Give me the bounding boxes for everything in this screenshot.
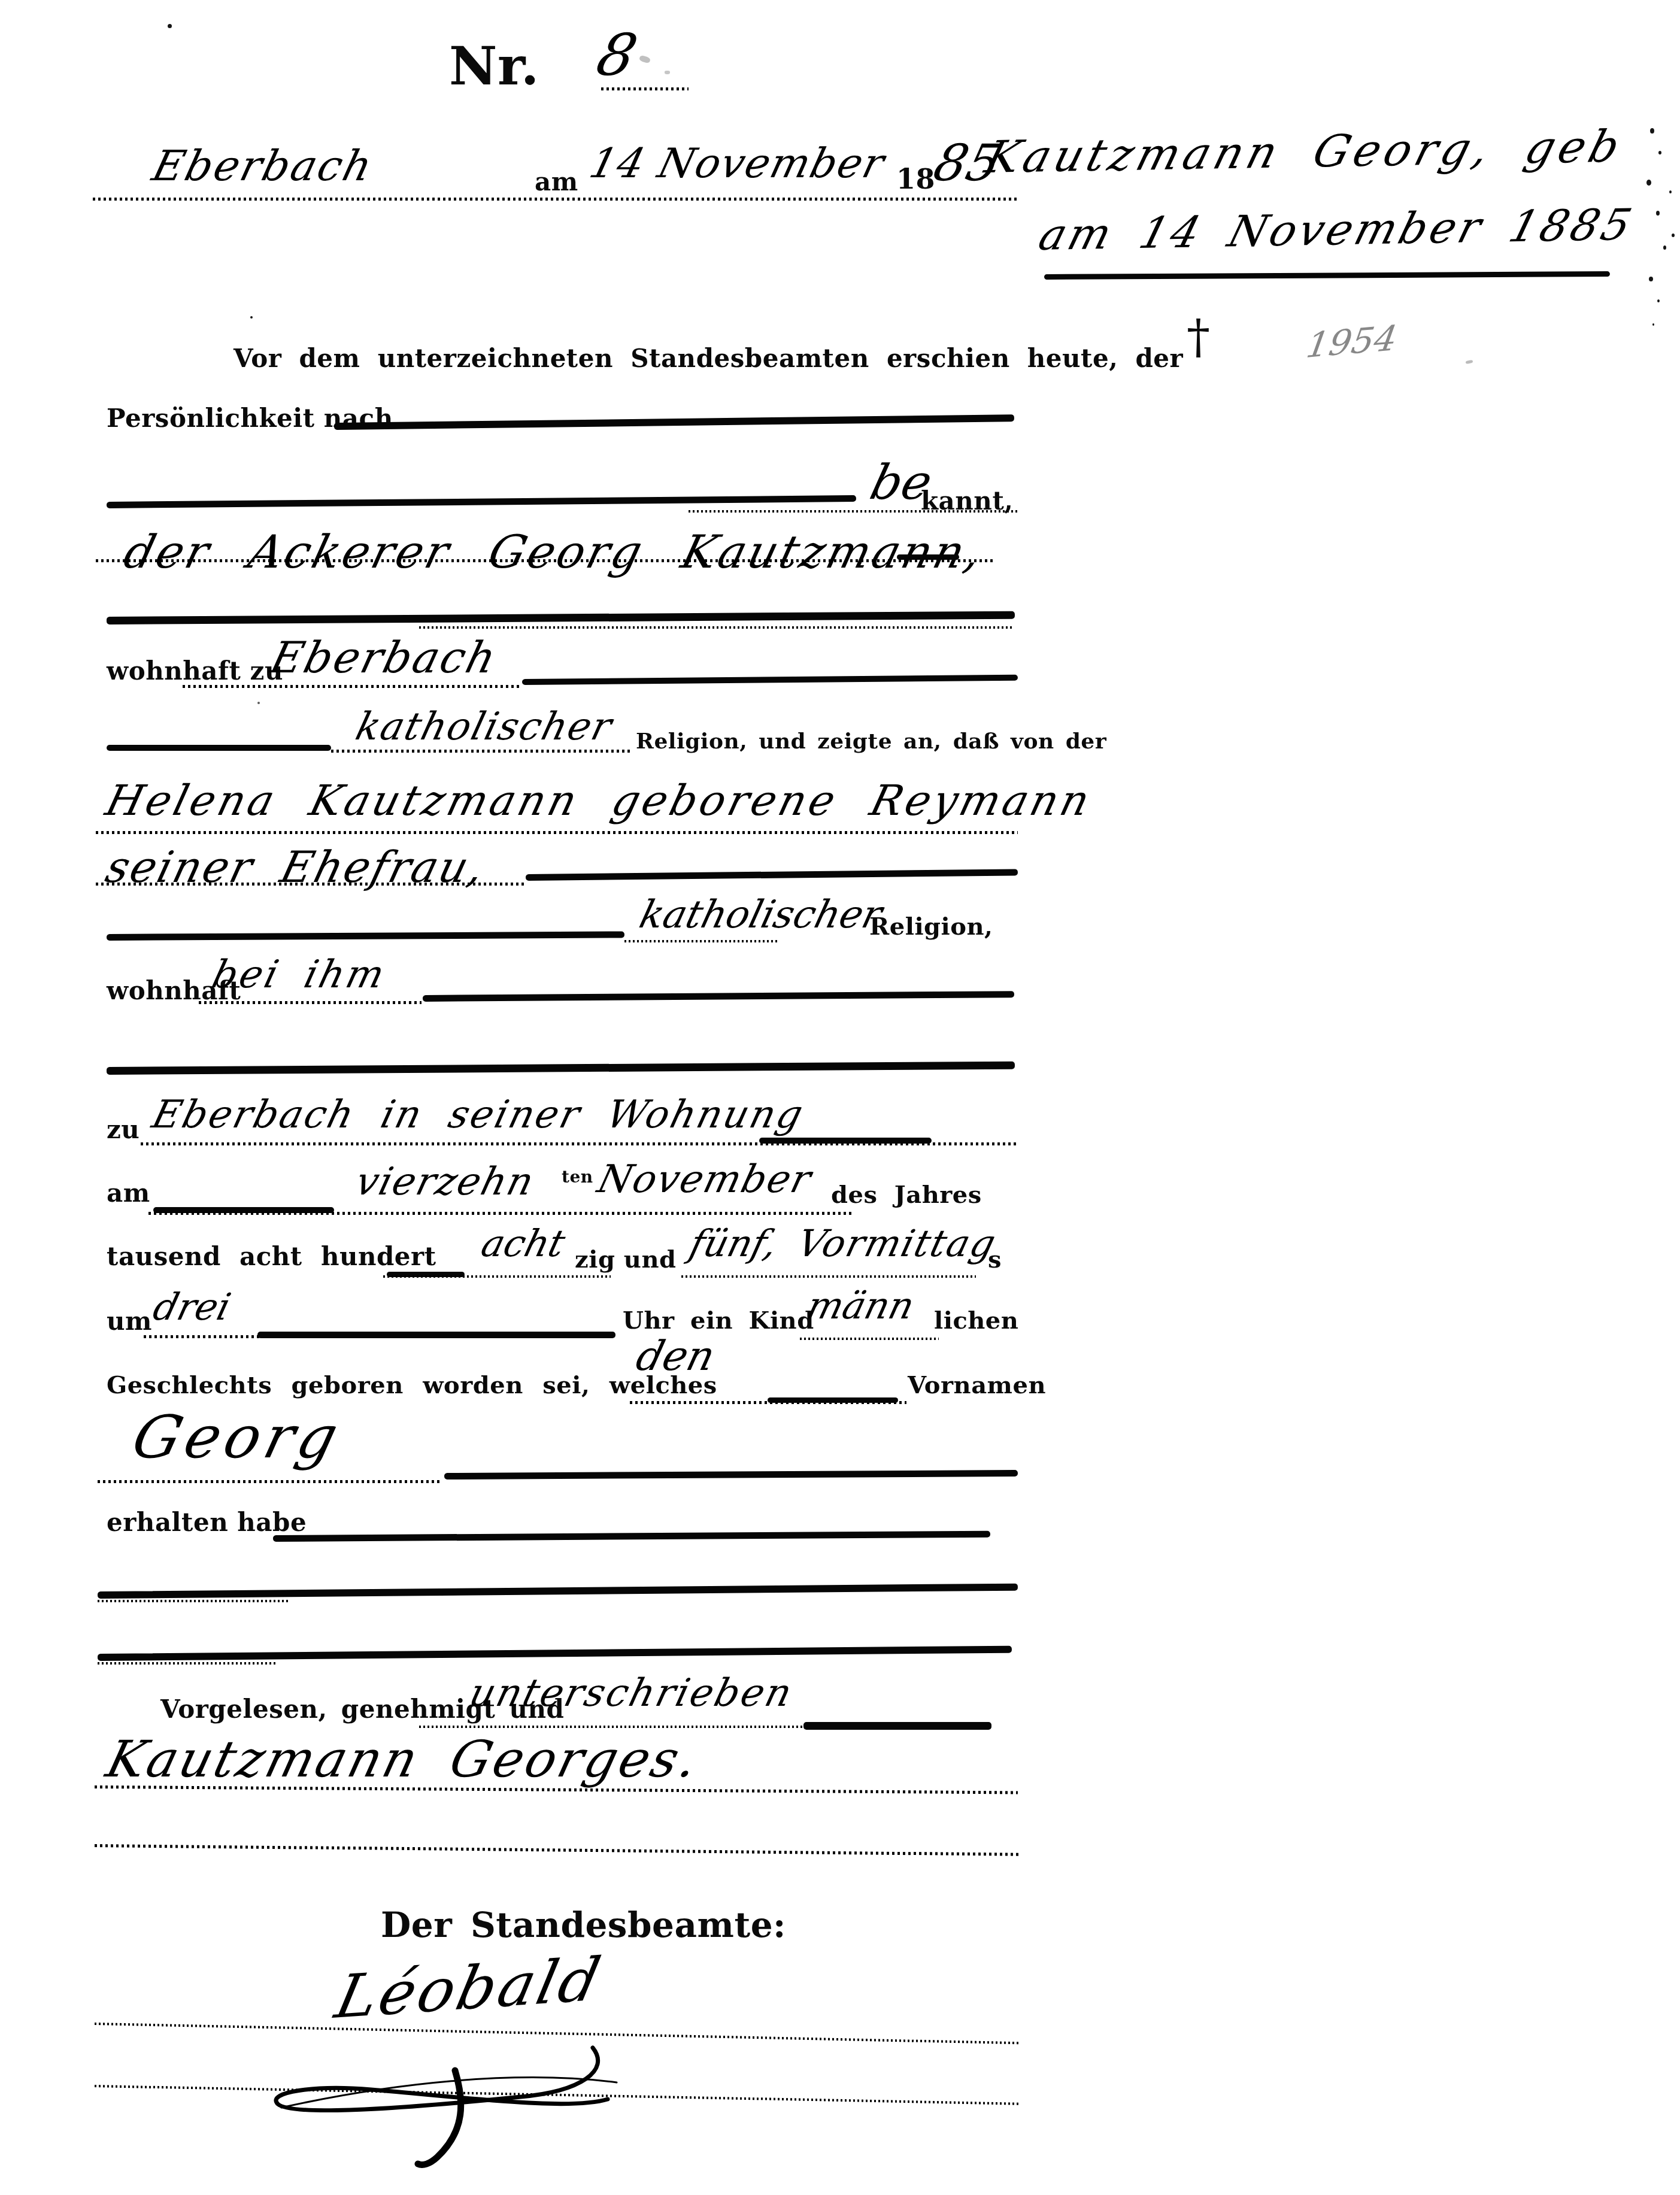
entry-rule: [334, 414, 1014, 430]
margin-note-line2: am 14 November 1885: [1035, 203, 1639, 256]
intro-line: Vor dem unterzeichneten Standesbeamten e…: [233, 346, 1183, 371]
entry-rule-dotted: [98, 1480, 440, 1483]
entry-rule-dotted: [331, 750, 630, 753]
wohnhaft-zu-label: wohnhaft zu: [107, 659, 283, 684]
entry-dash: [759, 1138, 932, 1144]
religion1-hand-entry: katholischer: [352, 708, 617, 746]
year-line-unit-entry: fünf,: [686, 1225, 781, 1262]
entry-rule-dotted: [199, 1001, 421, 1004]
entry-rule: [107, 931, 624, 941]
death-cross-mark: †: [1187, 314, 1211, 360]
entry-rule: [107, 495, 856, 508]
margin-note-rule: [1044, 271, 1610, 280]
entry-dash: [107, 745, 331, 751]
gender-lichen-printed: lichen: [934, 1309, 1018, 1333]
child-name-entry: Georg: [127, 1408, 348, 1467]
entry-rule: [423, 991, 1014, 1002]
signature-flourish: [257, 2035, 641, 2172]
blank-line-dotted: [419, 626, 1012, 629]
blank-line: [98, 1646, 1012, 1661]
speckle-dot: [1650, 128, 1654, 134]
official-signature: Léobald: [330, 1950, 608, 2027]
speckle-dot: [1657, 299, 1660, 302]
blank-line-dotted: [98, 1662, 277, 1665]
entry-rule-dotted: [96, 559, 994, 562]
dateline-day-month-entry: 14 November: [586, 144, 889, 184]
entry-dash: [768, 1397, 898, 1403]
blank-line-dotted: [98, 1600, 289, 1602]
blank-line: [98, 1584, 1018, 1599]
speckle-dot: [168, 24, 172, 28]
time-uhr-printed: Uhr ein Kind: [623, 1309, 814, 1333]
speckle-dot: [1669, 190, 1672, 193]
blank-line: [107, 1062, 1015, 1075]
entry-rule-dotted: [383, 1275, 611, 1278]
birthdate-jahres-label: des Jahres: [831, 1183, 982, 1207]
year-line-decade-entry: acht: [478, 1225, 569, 1262]
declarant-entry: der Ackerer Georg Kautzmann,: [120, 529, 988, 575]
year-line-printed3: s: [988, 1248, 1002, 1272]
dateline-place-entry: Eberbach: [148, 145, 378, 187]
year-line-printed2: zig und: [575, 1248, 676, 1272]
religion2-hand-entry: katholischer: [636, 896, 886, 934]
birthdate-day-entry: vierzehn: [352, 1163, 538, 1201]
entry-rule: [273, 1531, 990, 1542]
blank-line: [107, 611, 1015, 624]
entry-rule-dotted: [183, 685, 521, 688]
entry-rule: [526, 869, 1018, 881]
religion2-printed: Religion,: [869, 915, 993, 939]
sex-line-printed: Geschlechts geboren worden sei, welches: [107, 1374, 717, 1397]
wohnhaft-place-entry: Eberbach: [266, 636, 502, 679]
speckle-dot: [1663, 245, 1666, 250]
dateline-rule: [93, 198, 1018, 201]
sex-line-den-entry: den: [632, 1336, 719, 1377]
record-number-value: 8: [592, 26, 642, 84]
speckle-dot: [1646, 180, 1651, 186]
entry-rule: [522, 675, 1018, 685]
speckle-dot: [1658, 151, 1661, 154]
record-number-label: Nr.: [449, 40, 539, 92]
birthdate-am-label: am: [107, 1181, 150, 1206]
dateline-am-label: am: [535, 169, 578, 195]
entry-rule-dotted: [681, 1275, 976, 1278]
entry-rule: [444, 1470, 1018, 1479]
ink-smudge: [665, 71, 670, 74]
margin-note-line1: Kautzmann Georg, geb: [981, 125, 1629, 180]
speckle-dot: [1649, 277, 1653, 281]
signature-rule: [95, 1844, 1021, 1856]
entry-rule-dotted: [148, 1212, 851, 1215]
time-um-label: um: [107, 1309, 152, 1334]
speckle-dot: [1652, 323, 1654, 326]
birthplace-zu-label: zu: [107, 1117, 140, 1142]
vornamen-label: Vornamen: [908, 1374, 1046, 1397]
birthdate-ten-suffix: ten: [562, 1169, 593, 1186]
speckle-dot: [250, 316, 253, 319]
year-line-printed1: tausend acht hundert: [107, 1244, 436, 1269]
year-line-daytime-entry: Vormittag: [794, 1225, 1000, 1262]
entry-dash: [803, 1722, 991, 1730]
entry-rule: [257, 1332, 615, 1338]
erhalten-label: erhalten habe: [107, 1510, 307, 1535]
bekannt-printed: kannt,: [921, 489, 1013, 514]
birthplace-entry: Eberbach in seiner Wohnung: [148, 1096, 808, 1134]
speckle-dot: [1656, 211, 1660, 216]
gender-hand-entry: männ: [803, 1287, 918, 1324]
speckle-dot: [1672, 234, 1675, 237]
declarant-signature: Kautzmann Georges.: [102, 1734, 705, 1784]
entry-rule-dotted: [800, 1338, 939, 1340]
ink-smudge: [639, 54, 651, 63]
speckle-dot: [257, 702, 260, 704]
record-number-rule: [601, 87, 689, 90]
religion1-printed: Religion, und zeigte an, daß von der: [636, 730, 1106, 752]
ink-smudge: [1466, 360, 1473, 364]
mother-entry: Helena Kautzmann geborene Reymann: [102, 780, 1096, 821]
entry-rule-dotted: [624, 940, 777, 942]
wohnhaft2-hand-entry: bei ihm: [208, 956, 390, 994]
closing-hand-entry: unterschrieben: [466, 1674, 797, 1712]
time-hour-entry: drei: [150, 1288, 234, 1326]
death-year-note: 1954: [1304, 320, 1400, 363]
birth-record-scan: Nr. 8 Eberbach am 14 November 18 85 Kaut…: [0, 0, 1680, 2195]
entry-dash: [897, 554, 959, 560]
entry-rule-dotted: [96, 883, 524, 886]
entry-rule-dotted: [96, 831, 1018, 834]
birthdate-month-entry: November: [594, 1160, 816, 1199]
official-title: Der Standesbeamte:: [381, 1908, 786, 1942]
